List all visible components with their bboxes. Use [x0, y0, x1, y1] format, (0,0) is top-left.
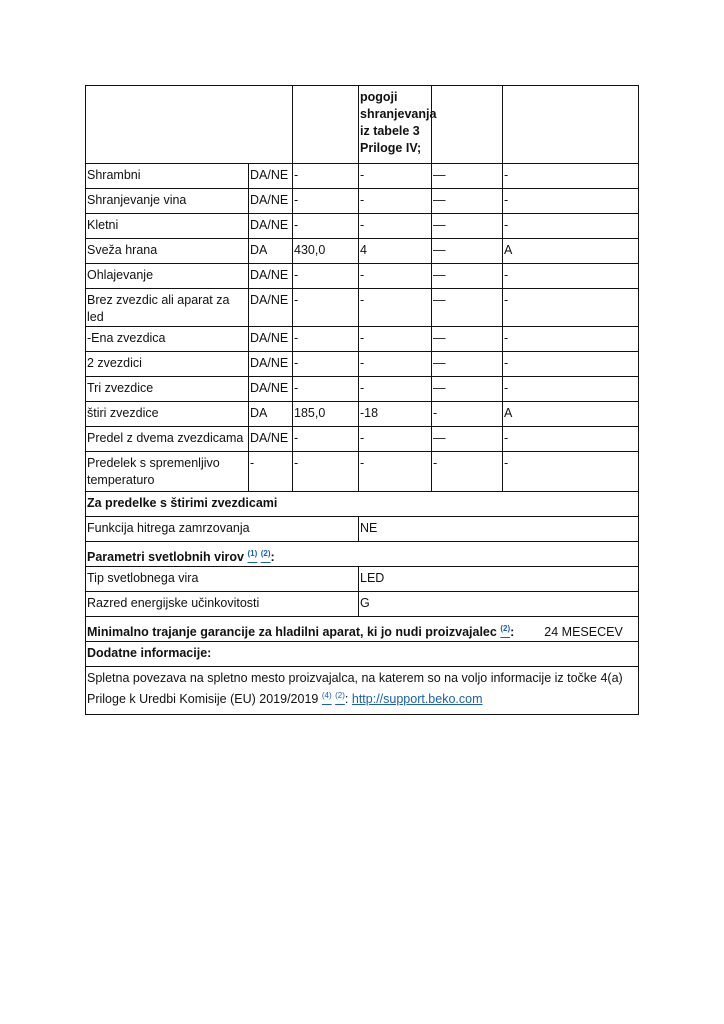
compartment-value: 430,0	[293, 239, 359, 264]
table-row: OhlajevanjeDA/NE--—-	[86, 264, 639, 289]
compartment-value: —	[432, 327, 503, 352]
compartment-value: -	[503, 289, 639, 327]
compartment-value: -	[503, 352, 639, 377]
compartment-name: štiri zvezdice	[86, 402, 249, 427]
header-cell-storage-conditions: pogoji shranjevanja iz tabele 3 Priloge …	[359, 86, 432, 164]
compartment-value: -	[293, 427, 359, 452]
compartment-value: -	[432, 452, 503, 492]
compartment-value: DA/NE	[249, 327, 293, 352]
compartment-value: -	[359, 264, 432, 289]
table-row: Predelek s spremenljivo temperaturo-----	[86, 452, 639, 492]
compartment-value: —	[432, 189, 503, 214]
fast-freeze-row: Funkcija hitrega zamrzovanja NE	[86, 517, 639, 542]
additional-sep: :	[345, 692, 348, 706]
footnote-4-link[interactable]: (4)	[322, 692, 332, 706]
compartment-value: -	[503, 427, 639, 452]
footnote-2-link[interactable]: (2)	[335, 692, 345, 706]
compartment-name: Kletni	[86, 214, 249, 239]
energy-info-sheet: pogoji shranjevanja iz tabele 3 Priloge …	[85, 85, 638, 715]
compartment-value: -	[249, 452, 293, 492]
compartment-value: —	[432, 264, 503, 289]
compartment-name: Tri zvezdice	[86, 377, 249, 402]
compartment-name: Predelek s spremenljivo temperaturo	[86, 452, 249, 492]
table-row: Sveža hranaDA430,04—A	[86, 239, 639, 264]
compartment-value: -	[503, 452, 639, 492]
compartment-value: -	[359, 377, 432, 402]
four-star-heading-row: Za predelke s štirimi zvezdicami	[86, 492, 639, 517]
compartment-value: -	[293, 189, 359, 214]
table-row: KletniDA/NE--—-	[86, 214, 639, 239]
compartment-value: A	[503, 402, 639, 427]
compartment-value: -	[359, 289, 432, 327]
compartment-value: —	[432, 352, 503, 377]
compartment-name: Sveža hrana	[86, 239, 249, 264]
compartment-value: A	[503, 239, 639, 264]
footnote-1-link[interactable]: (1)	[248, 550, 258, 564]
fast-freeze-value: NE	[359, 517, 639, 542]
compartment-value: DA/NE	[249, 352, 293, 377]
header-cell-empty	[503, 86, 639, 164]
table-header-row: pogoji shranjevanja iz tabele 3 Priloge …	[86, 86, 639, 164]
light-heading-row: Parametri svetlobnih virov (1) (2):	[86, 542, 639, 567]
header-cell-empty	[293, 86, 359, 164]
compartment-name: 2 zvezdici	[86, 352, 249, 377]
compartment-value: DA/NE	[249, 214, 293, 239]
header-cell-empty	[86, 86, 293, 164]
light-type-value: LED	[359, 567, 639, 592]
compartment-value: —	[432, 377, 503, 402]
table-row: Shranjevanje vinaDA/NE--—-	[86, 189, 639, 214]
warranty-row: Minimalno trajanje garancije za hladilni…	[86, 617, 639, 642]
light-type-row: Tip svetlobnega vira LED	[86, 567, 639, 592]
energy-class-row: Razred energijske učinkovitosti G	[86, 592, 639, 617]
light-type-label: Tip svetlobnega vira	[86, 567, 359, 592]
footnote-2-link[interactable]: (2)	[500, 625, 510, 639]
warranty-label: Minimalno trajanje garancije za hladilni…	[87, 625, 497, 639]
additional-heading-row: Dodatne informacije:	[86, 642, 639, 667]
compartment-value: —	[432, 289, 503, 327]
compartment-value: -	[359, 164, 432, 189]
compartment-value: -	[293, 164, 359, 189]
compartment-value: -	[293, 264, 359, 289]
compartment-value: DA/NE	[249, 427, 293, 452]
light-heading-text: Parametri svetlobnih virov	[87, 550, 244, 564]
compartment-value: -	[503, 189, 639, 214]
compartment-value: -	[293, 289, 359, 327]
compartment-value: -	[293, 327, 359, 352]
compartment-value: DA	[249, 239, 293, 264]
additional-heading: Dodatne informacije:	[86, 642, 639, 667]
table-row: 2 zvezdiciDA/NE--—-	[86, 352, 639, 377]
warranty-value: 24 MESECEV	[544, 624, 623, 641]
compartment-value: -	[503, 377, 639, 402]
compartment-name: -Ena zvezdica	[86, 327, 249, 352]
compartment-value: DA/NE	[249, 264, 293, 289]
compartment-value: -	[293, 377, 359, 402]
light-heading: Parametri svetlobnih virov (1) (2):	[86, 542, 639, 567]
compartment-value: -	[293, 214, 359, 239]
compartment-value: -	[359, 452, 432, 492]
compartment-name: Shrambni	[86, 164, 249, 189]
compartment-value: —	[432, 427, 503, 452]
compartment-value: DA/NE	[249, 289, 293, 327]
energy-class-value: G	[359, 592, 639, 617]
compartment-value: -	[359, 327, 432, 352]
compartment-value: -18	[359, 402, 432, 427]
compartment-name: Shranjevanje vina	[86, 189, 249, 214]
compartment-value: -	[359, 214, 432, 239]
additional-text-row: Spletna povezava na spletno mesto proizv…	[86, 667, 639, 715]
compartment-value: —	[432, 214, 503, 239]
compartment-value: -	[503, 164, 639, 189]
four-star-heading: Za predelke s štirimi zvezdicami	[86, 492, 639, 517]
compartment-value: DA/NE	[249, 164, 293, 189]
table-row: štiri zvezdiceDA185,0-18-A	[86, 402, 639, 427]
compartment-value: 4	[359, 239, 432, 264]
additional-text-cell: Spletna povezava na spletno mesto proizv…	[86, 667, 639, 715]
header-cell-empty	[432, 86, 503, 164]
compartment-name: Brez zvezdic ali aparat za led	[86, 289, 249, 327]
table-row: -Ena zvezdicaDA/NE--—-	[86, 327, 639, 352]
table-row: Predel z dvema zvezdicamaDA/NE--—-	[86, 427, 639, 452]
fast-freeze-label: Funkcija hitrega zamrzovanja	[86, 517, 359, 542]
footnote-2-link[interactable]: (2)	[261, 550, 271, 564]
compartment-value: -	[293, 452, 359, 492]
support-link[interactable]: http://support.beko.com	[352, 692, 483, 706]
table-row: Tri zvezdiceDA/NE--—-	[86, 377, 639, 402]
compartment-value: —	[432, 239, 503, 264]
table-row: ShrambniDA/NE--—-	[86, 164, 639, 189]
compartment-value: -	[293, 352, 359, 377]
compartment-value: -	[503, 327, 639, 352]
compartment-value: —	[432, 164, 503, 189]
compartment-value: -	[503, 214, 639, 239]
energy-class-label: Razred energijske učinkovitosti	[86, 592, 359, 617]
compartment-value: -	[359, 189, 432, 214]
compartment-name: Predel z dvema zvezdicama	[86, 427, 249, 452]
compartment-value: -	[359, 352, 432, 377]
compartment-value: -	[432, 402, 503, 427]
warranty-cell: Minimalno trajanje garancije za hladilni…	[86, 617, 639, 642]
compartment-table: pogoji shranjevanja iz tabele 3 Priloge …	[85, 85, 639, 715]
compartment-value: DA/NE	[249, 189, 293, 214]
compartment-value: 185,0	[293, 402, 359, 427]
compartment-value: -	[503, 264, 639, 289]
light-heading-suffix: :	[271, 550, 275, 564]
compartment-value: -	[359, 427, 432, 452]
table-row: Brez zvezdic ali aparat za ledDA/NE--—-	[86, 289, 639, 327]
warranty-suffix: :	[510, 625, 514, 639]
compartment-name: Ohlajevanje	[86, 264, 249, 289]
compartment-value: DA/NE	[249, 377, 293, 402]
compartment-value: DA	[249, 402, 293, 427]
